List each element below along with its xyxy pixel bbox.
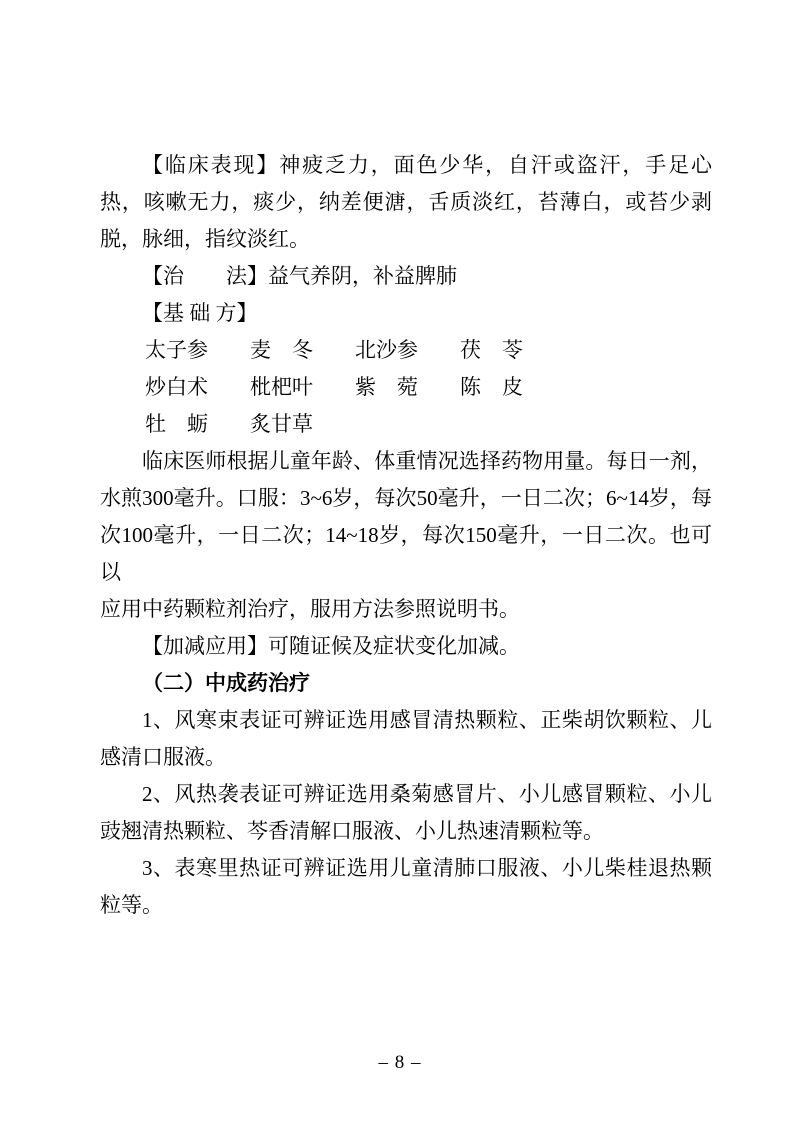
item-3-line-2: 粒等。 [100, 887, 712, 924]
dosage-line-2: 水煎300毫升。口服：3~6岁，每次50毫升，一日二次；6~14岁，每 [100, 480, 712, 517]
prescription-row: 太子参麦 冬北沙参茯 苓 [100, 332, 712, 369]
item-3-line-1: 3、表寒里热证可辨证选用儿童清肺口服液、小儿柴桂退热颗 [100, 850, 712, 887]
base-formula-header-line: 【基 础 方】 [100, 295, 712, 332]
herb-name: 北沙参 [355, 332, 460, 369]
document-page: 【临床表现】神疲乏力，面色少华，自汗或盗汗，手足心 热，咳嗽无力，痰少，纳差便溏… [0, 0, 800, 1131]
dosage-line-4: 应用中药颗粒剂治疗，服用方法参照说明书。 [100, 591, 712, 628]
item-1-line-1: 1、风寒束表证可辨证选用感冒清热颗粒、正柴胡饮颗粒、儿 [100, 702, 712, 739]
prescription-row: 炒白术枇杷叶紫 菀陈 皮 [100, 369, 712, 406]
herb-name: 炒白术 [145, 369, 250, 406]
item-2-line-1: 2、风热袭表证可辨证选用桑菊感冒片、小儿感冒颗粒、小儿 [100, 776, 712, 813]
clinical-manifestations-line-3: 脱，脉细，指纹淡红。 [100, 221, 712, 258]
dosage-line-3: 次100毫升，一日二次；14~18岁，每次150毫升，一日二次。也可以 [100, 517, 712, 591]
treatment-method-line: 【治 法】益气养阴，补益脾肺 [100, 258, 712, 295]
modification-line: 【加减应用】可随证候及症状变化加减。 [100, 628, 712, 665]
item-1-line-2: 感清口服液。 [100, 739, 712, 776]
herb-name: 太子参 [145, 332, 250, 369]
herb-name: 紫 菀 [355, 369, 460, 406]
page-number: – 8 – [0, 1052, 800, 1074]
herb-name: 麦 冬 [250, 332, 355, 369]
section-heading-patent-medicine: （二）中成药治疗 [100, 665, 712, 702]
herb-name: 牡 蛎 [145, 406, 250, 443]
prescription-row: 牡 蛎炙甘草 [100, 406, 712, 443]
herb-name: 枇杷叶 [250, 369, 355, 406]
document-body: 【临床表现】神疲乏力，面色少华，自汗或盗汗，手足心 热，咳嗽无力，痰少，纳差便溏… [100, 147, 712, 924]
herb-name: 炙甘草 [250, 406, 313, 443]
dosage-line-1: 临床医师根据儿童年龄、体重情况选择药物用量。每日一剂， [100, 443, 712, 480]
herb-name: 茯 苓 [460, 332, 523, 369]
item-2-line-2: 豉翘清热颗粒、芩香清解口服液、小儿热速清颗粒等。 [100, 813, 712, 850]
clinical-manifestations-line-2: 热，咳嗽无力，痰少，纳差便溏，舌质淡红，苔薄白，或苔少剥 [100, 184, 712, 221]
clinical-manifestations-line-1: 【临床表现】神疲乏力，面色少华，自汗或盗汗，手足心 [100, 147, 712, 184]
herb-name: 陈 皮 [460, 369, 523, 406]
